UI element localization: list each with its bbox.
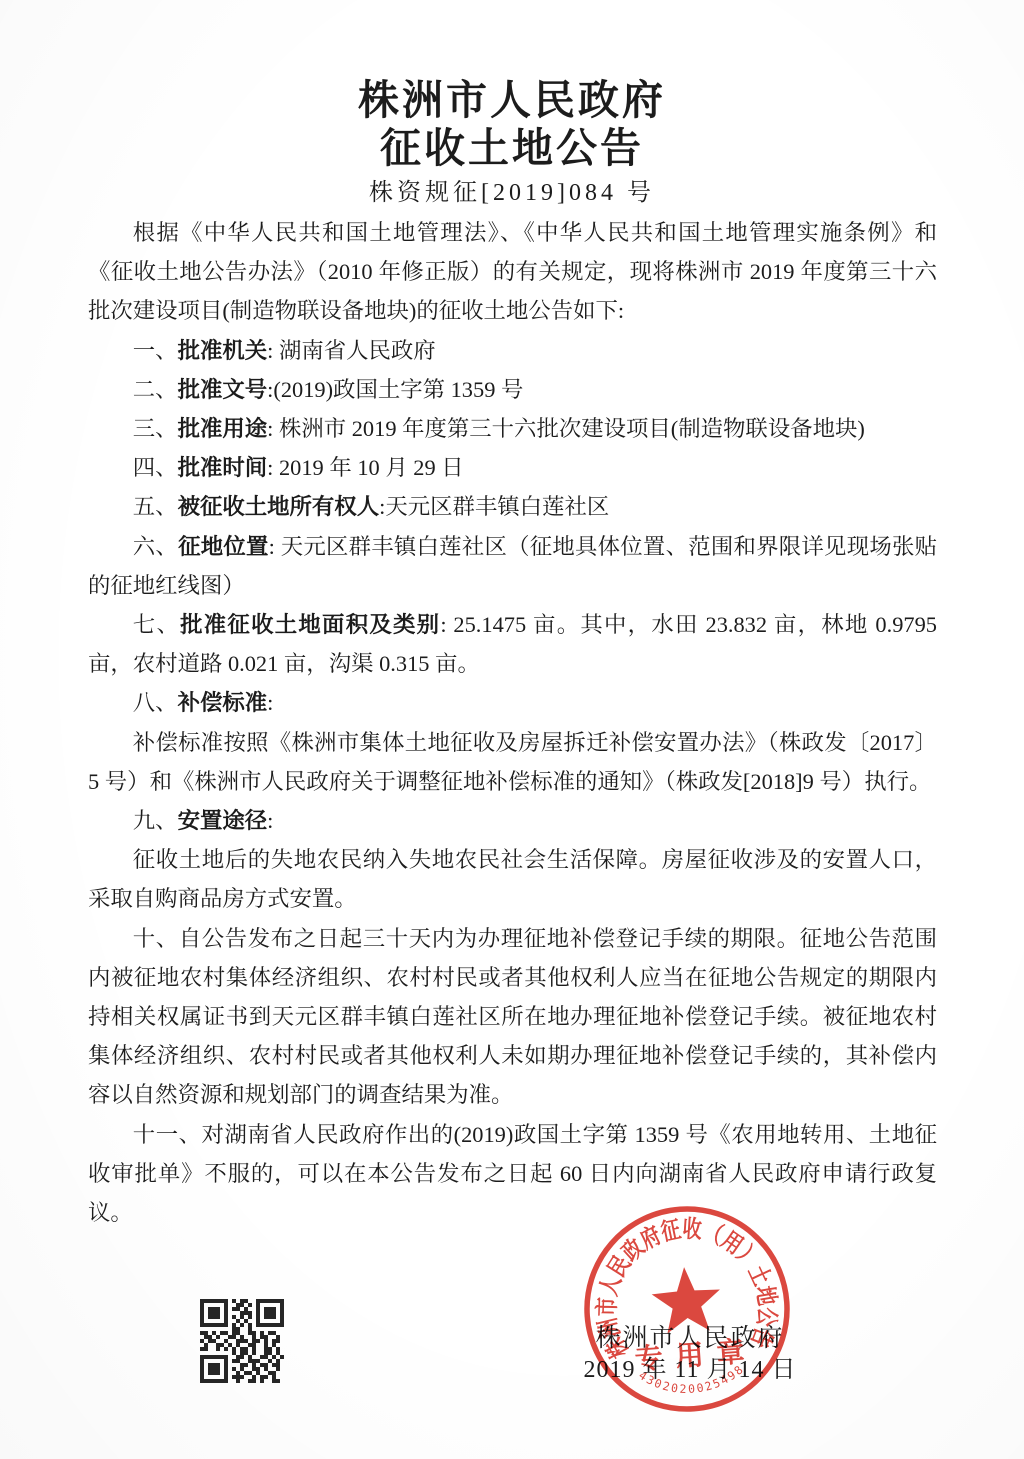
title-line-2: 征收土地公告 (0, 124, 1024, 172)
paragraph: 六、征地位置: 天元区群丰镇白莲社区（征地具体位置、范围和界限详见现场张贴的征地… (88, 527, 937, 605)
scanned-document-page: 株洲市人民政府 征收土地公告 株资规征[2019]084 号 根据《中华人民共和… (0, 0, 1024, 1459)
paragraph: 十、自公告发布之日起三十天内为办理征地补偿登记手续的期限。征地公告范围内被征地农… (88, 919, 937, 1115)
document-title: 株洲市人民政府 征收土地公告 (0, 76, 1024, 172)
official-seal: 株洲市人民政府征收（用）土地公告 专用章 4302020025498 (570, 1192, 805, 1427)
paragraph: 十一、对湖南省人民政府作出的(2019)政国土字第 1359 号《农用地转用、土… (88, 1115, 937, 1233)
qr-code (200, 1298, 284, 1384)
paragraph: 三、批准用途: 株洲市 2019 年度第三十六批次建设项目(制造物联设备地块) (88, 409, 937, 448)
paragraph: 五、被征收土地所有权人:天元区群丰镇白莲社区 (88, 487, 937, 526)
paragraph: 七、批准征收土地面积及类别: 25.1475 亩。其中，水田 23.832 亩，… (88, 605, 937, 683)
paragraph: 根据《中华人民共和国土地管理法》、《中华人民共和国土地管理实施条例》和《征收土地… (88, 213, 937, 331)
paragraph: 八、补偿标准: (88, 683, 937, 722)
seal-star-icon (650, 1265, 723, 1335)
qr-code-matrix (200, 1298, 284, 1384)
paragraph: 二、批准文号:(2019)政国土字第 1359 号 (88, 370, 937, 409)
paragraph: 九、安置途径: (88, 801, 937, 840)
document-number: 株资规征[2019]084 号 (0, 172, 1024, 207)
paragraph: 四、批准时间: 2019 年 10 月 29 日 (88, 448, 937, 487)
title-line-1: 株洲市人民政府 (0, 76, 1024, 124)
paragraph: 征收土地后的失地农民纳入失地农民社会生活保障。房屋征收涉及的安置人口，采取自购商… (88, 840, 937, 918)
paragraph: 补偿标准按照《株洲市集体土地征收及房屋拆迁补偿安置办法》（株政发〔2017〕5 … (88, 723, 937, 801)
document-body: 根据《中华人民共和国土地管理法》、《中华人民共和国土地管理实施条例》和《征收土地… (88, 213, 937, 1232)
paragraph: 一、批准机关: 湖南省人民政府 (88, 331, 937, 370)
